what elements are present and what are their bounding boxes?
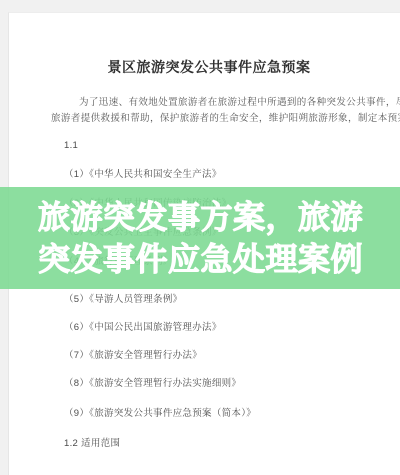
document-title: 景区旅游突发公共事件应急预案 — [9, 57, 400, 77]
caption-line-1: 旅游突发事方案，旅游 — [38, 196, 400, 238]
reference-item-5: （5）《导游人员管理条例》 — [64, 291, 182, 305]
screenshot-root: { "document": { "title": "景区旅游突发公共事件应急预案… — [0, 0, 400, 475]
green-caption-banner: 旅游突发事方案，旅游 突发事件应急处理案例 — [0, 187, 400, 289]
intro-paragraph-line-1: 为了迅速、有效地处置旅游者在旅游过程中所遇到的各种突发公共事件，尽可能地为 — [51, 94, 400, 108]
reference-item-7: （7）《旅游安全管理暂行办法》 — [64, 347, 202, 361]
caption-line-2: 突发事件应急处理案例 — [38, 238, 400, 280]
reference-item-6: （6）《中国公民出国旅游管理办法》 — [64, 319, 222, 333]
section-heading-1-1: 1.1 — [64, 140, 78, 151]
intro-paragraph-line-2: 旅游者提供救援和帮助，保护旅游者的生命安全，维护阳朔旅游形象，制定本预案。 — [51, 110, 400, 124]
reference-item-1: （1）《中华人民共和国安全生产法》 — [64, 166, 222, 180]
reference-item-9: （9）《旅游突发公共事件应急预案（简本）》 — [64, 405, 256, 419]
reference-item-8: （8）《旅游安全管理暂行办法实施细则》 — [64, 375, 241, 389]
section-heading-1-2: 1.2 适用范围 — [64, 435, 120, 449]
